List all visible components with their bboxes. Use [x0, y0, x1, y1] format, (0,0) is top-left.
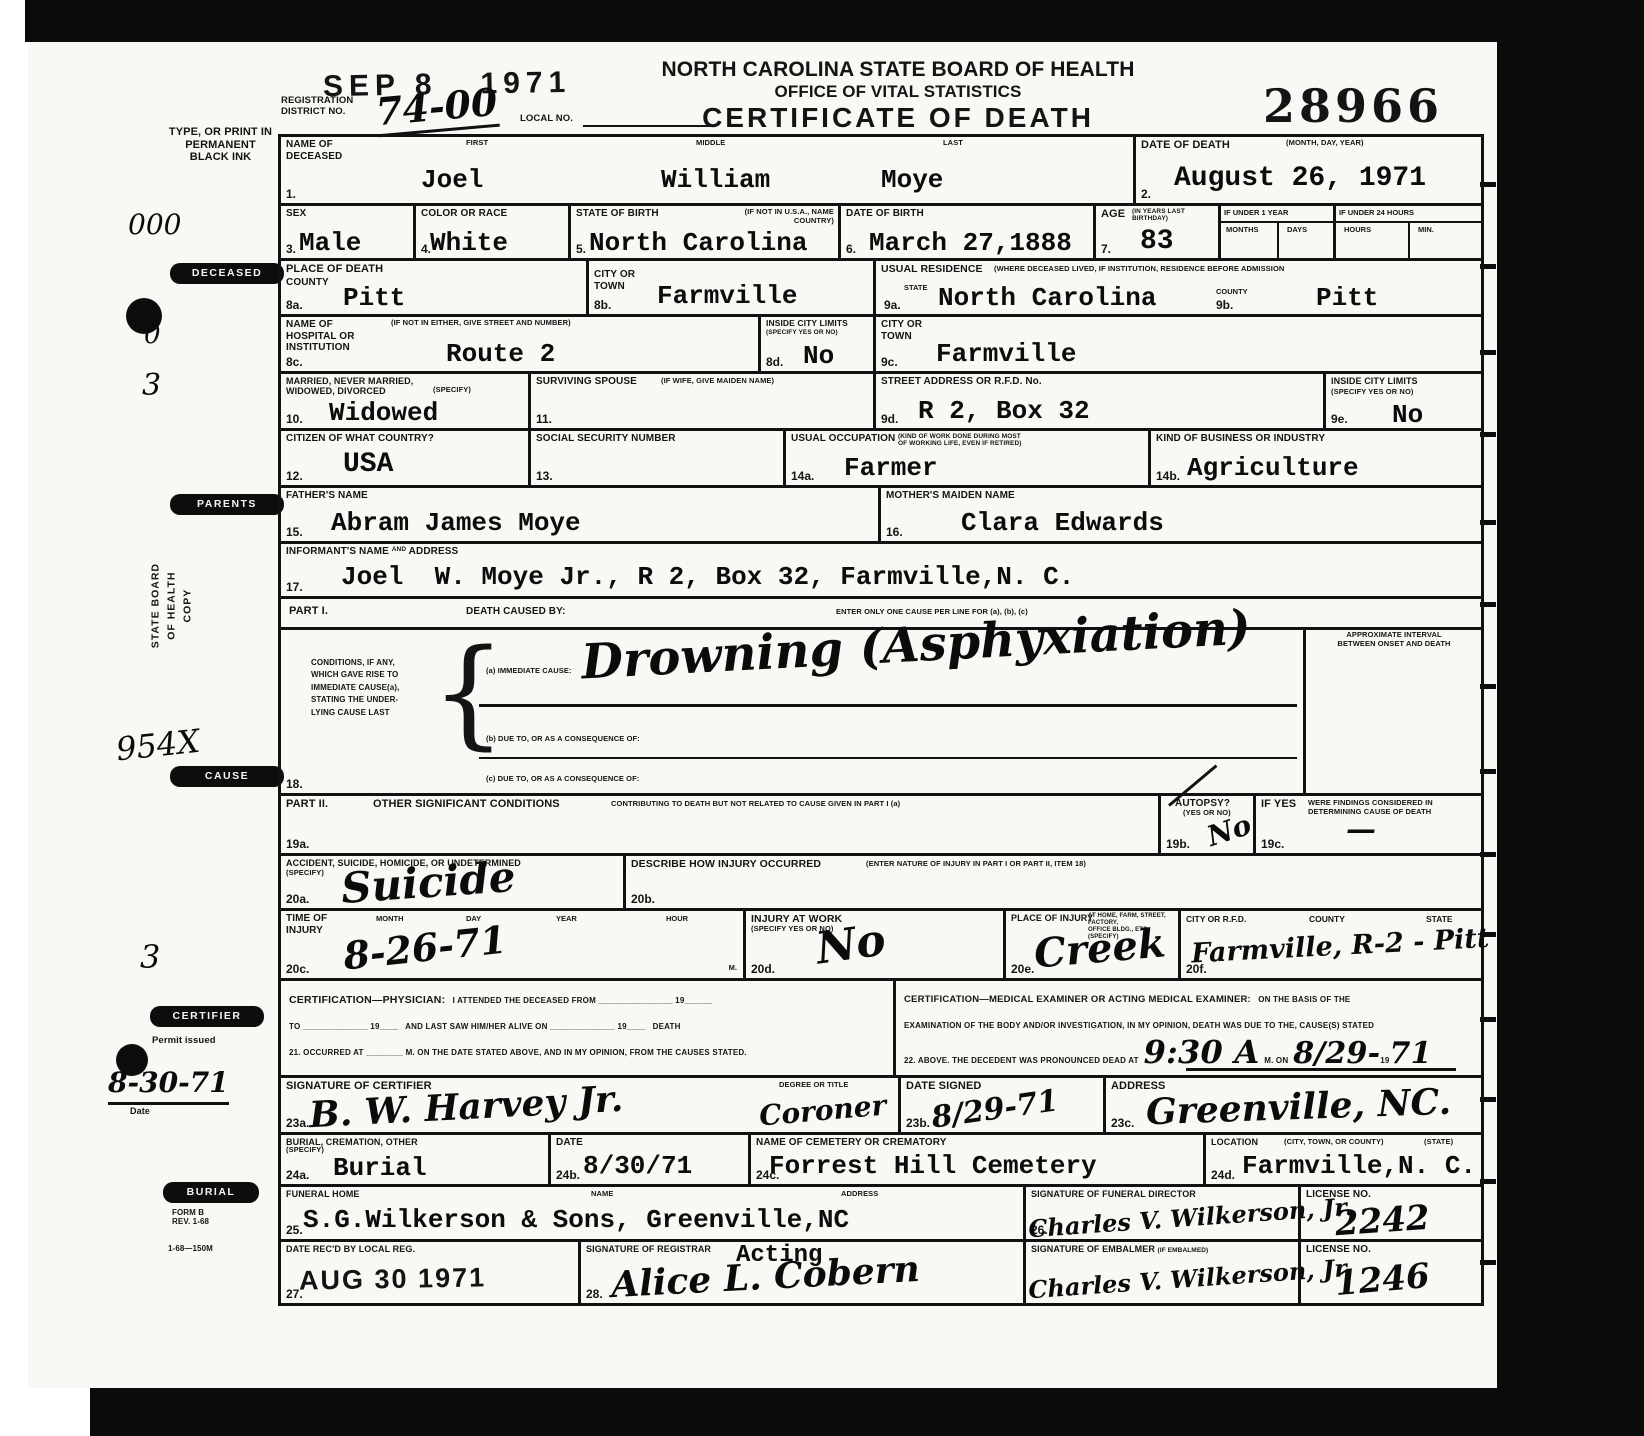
- field-hospital: NAME OF HOSPITAL OR INSTITUTION (IF NOT …: [281, 314, 758, 371]
- field-ssn: SOCIAL SECURITY NUMBER 13.: [528, 428, 783, 485]
- field-findings-considered: IF YES WERE FINDINGS CONSIDERED IN DETER…: [1253, 793, 1481, 853]
- embalmer-label: SIGNATURE OF EMBALMER: [1031, 1244, 1155, 1254]
- pronounced-dead-time: 9:30 A: [1144, 1033, 1260, 1071]
- field-age: AGE (IN YEARS LAST BIRTHDAY) 7. 83: [1093, 203, 1218, 258]
- certificate-paper: SEP 8 1971 REGISTRATION DISTRICT NO. 74-…: [28, 42, 1497, 1388]
- permit-date-label: Date: [130, 1106, 150, 1116]
- pod-city-label: CITY OR TOWN: [594, 269, 635, 292]
- name-last-label: LAST: [943, 139, 963, 148]
- interval-label: APPROXIMATE INTERVAL BETWEEN ONSET AND D…: [1312, 631, 1476, 648]
- field-father-name: FATHER'S NAME 15. Abram James Moye: [281, 485, 878, 541]
- age-value: 83: [1140, 226, 1174, 257]
- field-inside-city-limits-8d: INSIDE CITY LIMITS (SPECIFY YES OR NO) 8…: [758, 314, 873, 371]
- res-street-number: 9d.: [881, 412, 898, 426]
- field-place-of-death-city: CITY OR TOWN 8b. Farmville: [586, 258, 873, 314]
- marital-number: 10.: [286, 412, 303, 426]
- name-first-value: Joel: [421, 165, 483, 195]
- citizen-number: 12.: [286, 469, 303, 483]
- header-office: OFFICE OF VITAL STATISTICS: [588, 82, 1208, 102]
- race-value: White: [430, 228, 508, 258]
- funeral-home-addr-label: ADDRESS: [841, 1190, 878, 1199]
- dob-number: 6.: [846, 242, 856, 256]
- burial-value: Burial: [333, 1153, 427, 1183]
- name-label: NAME OF DECEASED: [286, 139, 342, 162]
- how-label: DESCRIBE HOW INJURY OCCURRED: [631, 858, 821, 870]
- mother-number: 16.: [886, 525, 903, 539]
- injury-work-number: 20d.: [751, 962, 775, 976]
- place-injury-number: 20e.: [1011, 962, 1034, 976]
- field-if-under-1-year: IF UNDER 1 YEAR MONTHS DAYS: [1218, 203, 1333, 258]
- informant-value: Joel W. Moye Jr., R 2, Box 32, Farmville…: [341, 562, 1074, 592]
- cemetery-label: NAME OF CEMETERY OR CREMATORY: [756, 1137, 947, 1149]
- part1-c-label: (c) DUE TO, OR AS A CONSEQUENCE OF:: [486, 775, 639, 784]
- place-injury-label: PLACE OF INJURY: [1011, 913, 1093, 923]
- under1-label: IF UNDER 1 YEAR: [1224, 208, 1288, 217]
- burial-sub: (SPECIFY): [286, 1146, 324, 1155]
- part1-heading: PART I.: [289, 605, 328, 618]
- field-how-injury-occurred: DESCRIBE HOW INJURY OCCURRED (ENTER NATU…: [623, 853, 1481, 908]
- icl9e-sub: (SPECIFY YES OR NO): [1331, 388, 1413, 397]
- spouse-number: 11.: [536, 412, 552, 426]
- part1-number: 18.: [286, 777, 303, 791]
- hosp-label: NAME OF HOSPITAL OR INSTITUTION: [286, 319, 355, 354]
- time-injury-month-label: MONTH: [376, 914, 404, 923]
- industry-number: 14b.: [1156, 469, 1180, 483]
- part2-label: OTHER SIGNIFICANT CONDITIONS: [373, 798, 560, 811]
- form-code-2: 1-68—150M: [168, 1244, 213, 1253]
- fd-license-value: 2242: [1334, 1198, 1431, 1245]
- part1-a-line: [479, 704, 1297, 707]
- certificate-number: 28966: [1263, 80, 1443, 133]
- header-board: NORTH CAROLINA STATE BOARD OF HEALTH: [588, 58, 1208, 82]
- father-number: 15.: [286, 525, 303, 539]
- res-street-label: STREET ADDRESS OR R.F.D. No.: [881, 376, 1042, 388]
- age-label: AGE: [1101, 208, 1125, 221]
- fd-license-label: LICENSE NO.: [1306, 1189, 1371, 1201]
- field-residence-city: CITY OR TOWN 9c. Farmville: [873, 314, 1481, 371]
- cert-addr-number: 23c.: [1111, 1116, 1134, 1130]
- injury-work-value: No: [813, 914, 889, 974]
- injury-loc-city-label: CITY OR R.F.D.: [1186, 914, 1246, 924]
- date-signed-label: DATE SIGNED: [906, 1080, 981, 1093]
- time-injury-value: 8-26-71: [341, 917, 509, 979]
- res-city-label: CITY OR TOWN: [881, 319, 922, 342]
- pod-county-label: COUNTY: [286, 277, 329, 289]
- dod-value: August 26, 1971: [1174, 163, 1426, 194]
- date-received-stamp: AUG 30 1971: [299, 1262, 487, 1296]
- cert-phys-line2: TO ______________ 19____ AND LAST SAW HI…: [289, 1014, 889, 1040]
- part2-number: 19a.: [286, 837, 309, 851]
- part2-note: CONTRIBUTING TO DEATH BUT NOT RELATED TO…: [611, 800, 900, 809]
- hosp-value: Route 2: [446, 339, 555, 369]
- occupation-label: USUAL OCCUPATION: [791, 433, 895, 445]
- cem-loc-sub: (CITY, TOWN, OR COUNTY): [1284, 1138, 1384, 1147]
- hosp-sub: (IF NOT IN EITHER, GIVE STREET AND NUMBE…: [391, 319, 571, 328]
- time-injury-year-label: YEAR: [556, 914, 577, 923]
- res-street-value: R 2, Box 32: [918, 396, 1090, 426]
- scan-band-bottom: [90, 1388, 1644, 1436]
- local-no-label: LOCAL NO.: [520, 114, 573, 125]
- cert-phys-line1: CERTIFICATION—PHYSICIAN: I ATTENDED THE …: [289, 987, 889, 1014]
- field-burial: BURIAL, CREMATION, OTHER (SPECIFY) 24a. …: [281, 1132, 548, 1184]
- sex-label: SEX: [286, 208, 306, 220]
- manner-number: 20a.: [286, 892, 309, 906]
- permit-issued-label: Permit issued: [152, 1036, 216, 1047]
- field-certification-physician: CERTIFICATION—PHYSICIAN: I ATTENDED THE …: [281, 978, 893, 1075]
- section-part1-cause: PART I. DEATH CAUSED BY: ENTER ONLY ONE …: [281, 596, 1481, 793]
- informant-label2: ADDRESS: [409, 546, 459, 557]
- marital-sub: (SPECIFY): [433, 386, 471, 395]
- res-state-number: 9a.: [884, 298, 901, 312]
- burial-date-number: 24b.: [556, 1168, 580, 1182]
- pod-county-value: Pitt: [343, 283, 405, 313]
- icl8d-number: 8d.: [766, 355, 783, 369]
- occupation-number: 14a.: [791, 469, 814, 483]
- embalmer-license-label: LICENSE NO.: [1306, 1244, 1371, 1256]
- time-injury-number: 20c.: [286, 962, 309, 976]
- ssn-number: 13.: [536, 469, 553, 483]
- cert-phys-line3: 21. OCCURRED AT ________ M. ON THE DATE …: [289, 1040, 889, 1066]
- margin-copy-text: STATE BOARD OF HEALTH COPY: [148, 526, 195, 686]
- part1-b-label: (b) DUE TO, OR AS A CONSEQUENCE OF:: [486, 735, 640, 744]
- margin-mark-954x: 954X: [114, 722, 201, 769]
- registrar-number: 28.: [586, 1287, 603, 1301]
- under24-hours-label: HOURS: [1344, 225, 1371, 234]
- cert-me-note: ON THE BASIS OF THE: [1258, 995, 1350, 1004]
- cert-me-underline: [1186, 1068, 1456, 1071]
- pronounced-dead-date: 8/29-: [1293, 1036, 1380, 1071]
- certifier-number: 23a.: [286, 1116, 309, 1130]
- res-state-value: North Carolina: [938, 283, 1156, 313]
- part1-label: DEATH CAUSED BY:: [466, 606, 566, 618]
- margin-mark-000: 000: [128, 208, 181, 241]
- date-signed-number: 23b.: [906, 1116, 930, 1130]
- occupation-value: Farmer: [844, 453, 938, 483]
- margin-mark-0: 0: [144, 320, 161, 350]
- icl8d-sub: (SPECIFY YES OR NO): [766, 329, 838, 336]
- field-marital-status: MARRIED, NEVER MARRIED, WIDOWED, DIVORCE…: [281, 371, 528, 428]
- father-value: Abram James Moye: [331, 508, 581, 538]
- section-part2: PART II. OTHER SIGNIFICANT CONDITIONS CO…: [281, 793, 1158, 853]
- dob-value: March 27,1888: [869, 228, 1072, 258]
- sex-value: Male: [299, 228, 361, 258]
- field-industry: KIND OF BUSINESS OR INDUSTRY 14b. Agricu…: [1148, 428, 1481, 485]
- pod-city-number: 8b.: [594, 298, 611, 312]
- hosp-number: 8c.: [286, 355, 303, 369]
- icl8d-value: No: [803, 341, 834, 371]
- certificate-form: NAME OF DECEASED FIRST MIDDLE LAST 1. Jo…: [278, 134, 1484, 1306]
- cem-loc-label: LOCATION: [1211, 1137, 1258, 1147]
- name-last-value: Moye: [881, 165, 943, 195]
- part1-b-line: [479, 757, 1297, 759]
- field-registrar-signature: SIGNATURE OF REGISTRAR Acting 28. Alice …: [578, 1239, 1023, 1303]
- cem-loc-sub2: (STATE): [1424, 1138, 1453, 1147]
- citizen-label: CITIZEN OF WHAT COUNTRY?: [286, 433, 434, 445]
- cemetery-value: Forrest Hill Cemetery: [769, 1151, 1097, 1181]
- ssn-label: SOCIAL SECURITY NUMBER: [536, 433, 676, 445]
- field-manner-of-death: ACCIDENT, SUICIDE, HOMICIDE, OR UNDETERM…: [281, 853, 623, 908]
- field-injury-location: CITY OR R.F.D. COUNTY STATE 20f. Farmvil…: [1178, 908, 1481, 978]
- informant-label1: INFORMANT'S NAME: [286, 546, 389, 557]
- injury-loc-county-label: COUNTY: [1309, 914, 1345, 924]
- field-certifier-address: ADDRESS 23c. Greenville, NC.: [1103, 1075, 1481, 1132]
- field-color-race: COLOR OR RACE 4. White: [413, 203, 568, 258]
- marital-value: Widowed: [329, 398, 438, 428]
- time-injury-hour-label: HOUR: [666, 914, 688, 923]
- field-date-of-death: DATE OF DEATH (MONTH, DAY, YEAR) 2. Augu…: [1133, 137, 1481, 203]
- name-middle-value: William: [661, 165, 770, 195]
- dod-label: DATE OF DEATH: [1141, 139, 1230, 152]
- cert-me-mon: M. ON: [1264, 1056, 1288, 1065]
- field-sex: SEX 3. Male: [281, 203, 413, 258]
- margin-tab-burial: BURIAL: [163, 1182, 259, 1203]
- field-embalmer-license: LICENSE NO. 1246: [1298, 1239, 1481, 1303]
- pronounced-dead-year: 71: [1390, 1036, 1432, 1071]
- scan-band-right: [1497, 0, 1644, 1436]
- cert-phys-line1-text: I ATTENDED THE DECEASED FROM ___________…: [453, 996, 713, 1005]
- funeral-home-value: S.G.Wilkerson & Sons, Greenville,NC: [303, 1205, 849, 1235]
- field-cemetery: NAME OF CEMETERY OR CREMATORY 24c. Forre…: [748, 1132, 1203, 1184]
- fd-sig-label: SIGNATURE OF FUNERAL DIRECTOR: [1031, 1189, 1196, 1199]
- funeral-home-label: FUNERAL HOME: [286, 1189, 360, 1199]
- under24-min-label: MIN.: [1418, 225, 1434, 234]
- mother-label: MOTHER'S MAIDEN NAME: [886, 490, 1015, 502]
- res-county-value: Pitt: [1316, 283, 1378, 313]
- certifier-degree-value: Coroner: [758, 1089, 888, 1133]
- scan-band-top: [25, 0, 1644, 42]
- time-injury-m-label: M.: [729, 963, 737, 972]
- name-number: 1.: [286, 187, 296, 201]
- name-first-label: FIRST: [466, 139, 488, 148]
- cert-me-title: CERTIFICATION—MEDICAL EXAMINER OR ACTING…: [904, 994, 1251, 1005]
- registration-district-value: 74-00: [374, 79, 499, 137]
- field-fd-license: LICENSE NO. 2242: [1298, 1184, 1481, 1239]
- field-autopsy: AUTOPSY? (YES OR NO) 19b. No: [1158, 793, 1253, 853]
- field-informant: INFORMANT'S NAME AND ADDRESS 17. Joel W.…: [281, 541, 1481, 596]
- field-occupation: USUAL OCCUPATION (KIND OF WORK DONE DURI…: [783, 428, 1148, 485]
- cert-me-line3-text: 22. ABOVE. THE DECEDENT WAS PRONOUNCED D…: [904, 1056, 1139, 1065]
- form-code-1: FORM B REV. 1-68: [172, 1208, 209, 1226]
- injury-loc-state-label: STATE: [1426, 914, 1453, 924]
- cert-phys-title: CERTIFICATION—PHYSICIAN:: [289, 994, 445, 1006]
- father-label: FATHER'S NAME: [286, 490, 368, 502]
- dod-sub-label: (MONTH, DAY, YEAR): [1286, 139, 1364, 148]
- informant-number: 17.: [286, 580, 303, 594]
- state-birth-value: North Carolina: [589, 228, 807, 258]
- registrar-signature: Alice L. Cobern: [610, 1248, 921, 1306]
- field-citizen: CITIZEN OF WHAT COUNTRY? 12. USA: [281, 428, 528, 485]
- time-injury-label: TIME OF INJURY: [286, 913, 327, 936]
- field-date-of-birth: DATE OF BIRTH 6. March 27,1888: [838, 203, 1093, 258]
- margin-mark-3a: 3: [142, 368, 161, 403]
- state-birth-sub: (IF NOT IN U.S.A., NAME COUNTRY): [686, 208, 834, 225]
- place-injury-value: Creek: [1032, 919, 1167, 977]
- citizen-value: USA: [343, 449, 393, 480]
- margin-tab-cause: CAUSE: [170, 766, 284, 787]
- res-county-label: COUNTY: [1216, 287, 1248, 296]
- part1-a-label: (a) IMMEDIATE CAUSE:: [486, 667, 572, 676]
- permit-date-value: 8-30-71: [108, 1066, 229, 1105]
- findings-number: 19c.: [1261, 837, 1284, 851]
- icl9e-value: No: [1392, 400, 1423, 430]
- race-label: COLOR OR RACE: [421, 208, 507, 220]
- field-street-address: STREET ADDRESS OR R.F.D. No. 9d. R 2, Bo…: [873, 371, 1323, 428]
- spouse-label: SURVIVING SPOUSE: [536, 376, 637, 388]
- under1-days-label: DAYS: [1287, 225, 1307, 234]
- field-place-of-injury: PLACE OF INJURY AT HOME, FARM, STREET, F…: [1003, 908, 1178, 978]
- res-sub: (WHERE DECEASED LIVED, IF INSTITUTION, R…: [994, 265, 1284, 274]
- how-number: 20b.: [631, 892, 655, 906]
- embalmer-label-row: SIGNATURE OF EMBALMER (IF EMBALMED): [1031, 1244, 1208, 1254]
- res-state-label: STATE: [904, 283, 927, 292]
- field-surviving-spouse: SURVIVING SPOUSE (IF WIFE, GIVE MAIDEN N…: [528, 371, 873, 428]
- interval-column: APPROXIMATE INTERVAL BETWEEN ONSET AND D…: [1303, 627, 1484, 793]
- res-city-number: 9c.: [881, 355, 898, 369]
- cert-me-19: 19: [1380, 1056, 1389, 1065]
- cem-loc-number: 24d.: [1211, 1168, 1235, 1182]
- spouse-sub: (IF WIFE, GIVE MAIDEN NAME): [661, 377, 774, 386]
- funeral-home-name-label: NAME: [591, 1190, 613, 1199]
- cert-addr-value: Greenville, NC.: [1145, 1081, 1451, 1134]
- findings-ifyes-label: IF YES: [1261, 798, 1296, 811]
- burial-date-value: 8/30/71: [583, 1151, 692, 1181]
- field-name-of-deceased: NAME OF DECEASED FIRST MIDDLE LAST 1. Jo…: [281, 137, 1133, 203]
- part2-heading: PART II.: [286, 798, 328, 811]
- icl8d-label: INSIDE CITY LIMITS: [766, 319, 848, 329]
- occupation-sub: (KIND OF WORK DONE DURING MOST OF WORKIN…: [898, 433, 1022, 448]
- marital-label: MARRIED, NEVER MARRIED, WIDOWED, DIVORCE…: [286, 376, 413, 397]
- date-received-label: DATE REC'D BY LOCAL REG.: [286, 1244, 415, 1254]
- registration-district-label: REGISTRATION DISTRICT NO.: [281, 96, 353, 118]
- header-title: CERTIFICATE OF DEATH: [588, 102, 1208, 134]
- embalmer-sub: (IF EMBALMED): [1158, 1247, 1209, 1254]
- field-date-received: DATE REC'D BY LOCAL REG. 27. AUG 30 1971: [281, 1239, 578, 1303]
- informant-and: AND: [392, 546, 406, 553]
- industry-value: Agriculture: [1187, 453, 1359, 483]
- res-label: USUAL RESIDENCE: [881, 263, 983, 275]
- field-date-signed: DATE SIGNED 23b. 8/29-71: [898, 1075, 1103, 1132]
- field-inside-city-limits-9e: INSIDE CITY LIMITS (SPECIFY YES OR NO) 9…: [1323, 371, 1481, 428]
- age-sub: (IN YEARS LAST BIRTHDAY): [1132, 208, 1185, 223]
- field-if-under-24-hours: IF UNDER 24 HOURS HOURS MIN.: [1333, 203, 1481, 258]
- findings-value: —: [1346, 812, 1376, 847]
- icl9e-number: 9e.: [1331, 412, 1348, 426]
- field-place-of-death-county: PLACE OF DEATH COUNTY 8a. Pitt: [281, 258, 586, 314]
- field-state-of-birth: STATE OF BIRTH (IF NOT IN U.S.A., NAME C…: [568, 203, 838, 258]
- margin-tab-deceased: DECEASED: [170, 263, 284, 284]
- margin-tab-certifier: CERTIFIER: [150, 1006, 264, 1027]
- field-usual-residence: USUAL RESIDENCE (WHERE DECEASED LIVED, I…: [873, 258, 1481, 314]
- manner-sub: (SPECIFY): [286, 869, 324, 878]
- autopsy-number: 19b.: [1166, 837, 1190, 851]
- registrar-label: SIGNATURE OF REGISTRAR: [586, 1244, 711, 1254]
- field-time-of-injury: TIME OF INJURY MONTH DAY YEAR HOUR 20c. …: [281, 908, 743, 978]
- under1-months-label: MONTHS: [1226, 225, 1259, 234]
- state-birth-label: STATE OF BIRTH: [576, 208, 659, 220]
- dob-label: DATE OF BIRTH: [846, 208, 924, 220]
- name-middle-label: MIDDLE: [696, 139, 725, 148]
- age-number: 7.: [1101, 242, 1111, 256]
- burial-date-label: DATE: [556, 1137, 583, 1149]
- field-burial-date: DATE 24b. 8/30/71: [548, 1132, 748, 1184]
- informant-label: INFORMANT'S NAME AND ADDRESS: [286, 546, 458, 558]
- under24-label: IF UNDER 24 HOURS: [1339, 208, 1414, 217]
- field-funeral-director-signature: SIGNATURE OF FUNERAL DIRECTOR 26. Charle…: [1023, 1184, 1298, 1239]
- part1-conditions-label: CONDITIONS, IF ANY, WHICH GAVE RISE TO I…: [311, 657, 399, 719]
- field-embalmer-signature: SIGNATURE OF EMBALMER (IF EMBALMED) Char…: [1023, 1239, 1298, 1303]
- funeral-home-number: 25.: [286, 1223, 303, 1237]
- scanned-death-certificate: { "page": { "header1": "NORTH CAROLINA S…: [0, 0, 1644, 1436]
- industry-label: KIND OF BUSINESS OR INDUSTRY: [1156, 433, 1325, 445]
- field-mother-name: MOTHER'S MAIDEN NAME 16. Clara Edwards: [878, 485, 1481, 541]
- cem-loc-value: Farmville,N. C.: [1242, 1151, 1476, 1181]
- how-sub: (ENTER NATURE OF INJURY IN PART I OR PAR…: [866, 860, 1086, 869]
- sex-number: 3.: [286, 242, 296, 256]
- margin-tab-parents: PARENTS: [170, 494, 284, 515]
- pod-label: PLACE OF DEATH: [286, 263, 383, 276]
- dod-number: 2.: [1141, 187, 1151, 201]
- margin-mark-3b: 3: [140, 938, 160, 976]
- pod-county-number: 8a.: [286, 298, 303, 312]
- state-birth-number: 5.: [576, 242, 586, 256]
- field-cemetery-location: LOCATION (CITY, TOWN, OR COUNTY) (STATE)…: [1203, 1132, 1481, 1184]
- pod-city-value: Farmville: [657, 281, 797, 311]
- res-city-value: Farmville: [936, 339, 1076, 369]
- icl9e-label: INSIDE CITY LIMITS: [1331, 376, 1418, 386]
- mother-value: Clara Edwards: [961, 508, 1164, 538]
- embalmer-license-value: 1246: [1333, 1256, 1431, 1304]
- field-funeral-home: FUNERAL HOME NAME ADDRESS 25. S.G.Wilker…: [281, 1184, 1023, 1239]
- res-county-number: 9b.: [1216, 298, 1233, 312]
- degree-title-label: DEGREE OR TITLE: [779, 1081, 848, 1090]
- field-certification-medical-examiner: CERTIFICATION—MEDICAL EXAMINER OR ACTING…: [893, 978, 1481, 1075]
- field-signature-of-certifier: SIGNATURE OF CERTIFIER DEGREE OR TITLE 2…: [281, 1075, 898, 1132]
- burial-number: 24a.: [286, 1168, 309, 1182]
- cert-me-line1: CERTIFICATION—MEDICAL EXAMINER OR ACTING…: [904, 987, 1477, 1013]
- field-injury-at-work: INJURY AT WORK (SPECIFY YES OR NO) 20d. …: [743, 908, 1003, 978]
